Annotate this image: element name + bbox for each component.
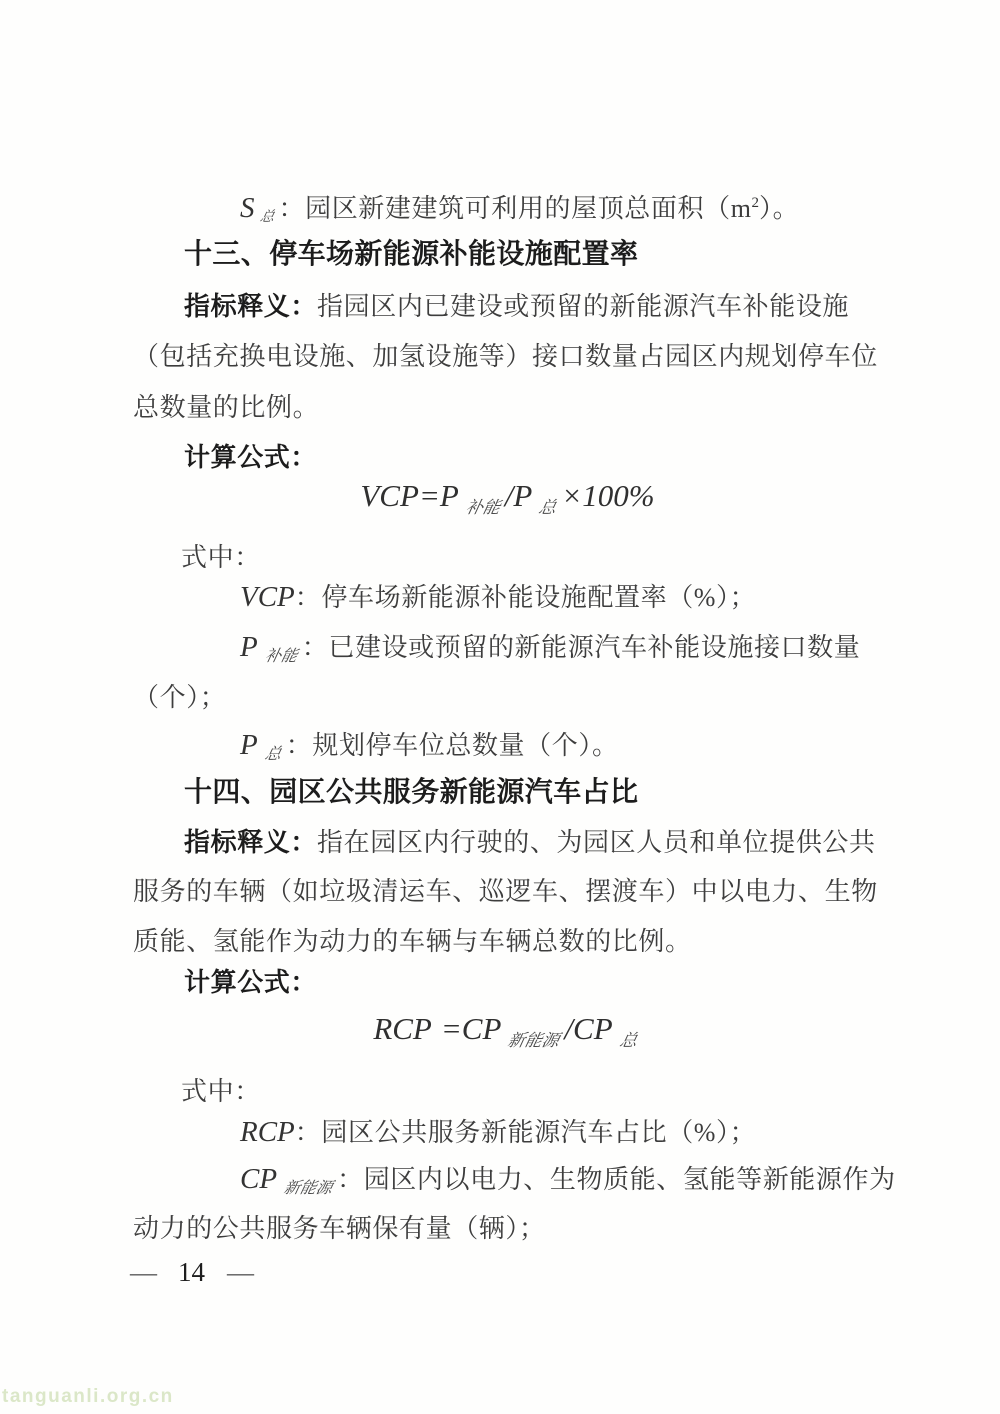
definition-text: 指园区内已建设或预留的新能源汽车补能设施 [317,292,849,321]
term-colon: ： [302,633,329,662]
section-14-where-label: 式中： [181,1071,261,1113]
term-variable-subscript: 补能 [260,636,301,678]
term-vcp-line: VCP：停车场新能源补能设施配置率（%）； [240,576,756,618]
term-text: 停车场新能源补能设施配置率（%）； [321,583,756,612]
section-14-formula: RCP=CP新能源/CP总 [133,1008,882,1050]
term-colon: ： [286,731,313,760]
formula-denominator: P [513,478,532,513]
square-meter-superscript: 2 [752,195,760,211]
footer-dash-right: — [227,1257,254,1287]
term-colon: ： [295,583,322,612]
term-variable: P [240,631,258,663]
term-variable: CP [240,1163,277,1195]
page-number: 14 [178,1257,205,1287]
section-14-definition-line-2: 服务的车辆（如垃圾清运车、巡逻车、摆渡车）中以电力、生物 [133,871,878,913]
term-variable: RCP [240,1116,295,1148]
term-text: 园区内以电力、生物质能、氢能等新能源作为 [364,1165,896,1194]
section-14-definition-line-1: 指标释义：指在园区内行驶的、为园区人员和单位提供公共 [184,821,876,863]
term-rcp-line: RCP：园区公共服务新能源汽车占比（%）； [240,1111,756,1153]
section-13-definition-line-1: 指标释义：指园区内已建设或预留的新能源汽车补能设施 [184,285,849,327]
term-colon: ： [337,1165,364,1194]
definition-label: 指标释义： [184,291,317,321]
section-14-definition-line-3: 质能、氢能作为动力的车辆与车辆总数的比例。 [133,921,692,963]
page-footer: —14— [130,1252,254,1292]
document-page: S总：园区新建建筑可利用的屋顶总面积（m2）。 十三、停车场新能源补能设施配置率… [0,0,1000,1414]
formula-denominator: CP [573,1011,613,1046]
section-13-formula: VCP=P补能/P总×100% [133,475,882,517]
term-text: 已建设或预留的新能源汽车补能设施接口数量 [328,633,860,662]
formula-lhs: VCP [360,478,419,513]
term-p-refuel-line-2: （个）； [133,677,226,719]
section-14-formula-label: 计算公式： [184,961,317,1003]
site-watermark: tanguanli.org.cn [2,1384,174,1410]
formula-equals: = [441,1011,462,1046]
term-variable: P [240,729,258,761]
term-p-refuel-line-1: P补能：已建设或预留的新能源汽车补能设施接口数量 [240,626,860,668]
formula-numerator: P [440,478,459,513]
term-variable: VCP [240,581,295,613]
term-cp-new-line-2: 动力的公共服务车辆保有量（辆）； [133,1208,546,1250]
section-13-heading: 十三、停车场新能源补能设施配置率 [184,233,638,275]
definition-label: 指标释义： [184,827,317,857]
section-13-where-label: 式中： [181,537,261,579]
s-total-definition-line: S总：园区新建建筑可利用的屋顶总面积（m2）。 [240,182,799,224]
formula-denominator-subscript: 总 [615,1020,641,1062]
s-colon: ： [279,194,306,223]
section-13-definition-line-3: 总数量的比例。 [133,387,319,429]
formula-numerator-subscript: 新能源 [504,1020,564,1062]
formula-numerator: CP [462,1011,502,1046]
formula-equals: = [419,478,440,513]
s-variable: S [240,192,255,224]
term-p-total-line: P总：规划停车位总数量（个）。 [240,724,619,766]
section-13-definition-line-2: （包括充换电设施、加氢设施等）接口数量占园区内规划停车位 [133,336,878,378]
formula-tail: ×100% [561,478,654,513]
term-text: 规划停车位总数量（个）。 [312,731,618,760]
footer-dash-left: — [130,1257,157,1287]
definition-text: 指在园区内行驶的、为园区人员和单位提供公共 [317,828,876,857]
formula-denominator-subscript: 总 [535,487,561,529]
section-14-heading: 十四、园区公共服务新能源汽车占比 [184,771,638,813]
term-variable-subscript: 新能源 [280,1168,337,1210]
term-text: 园区公共服务新能源汽车占比（%）； [321,1118,756,1147]
s-definition-tail: ）。 [759,194,799,223]
formula-slash: / [564,1011,573,1046]
term-variable-subscript: 总 [260,734,285,776]
section-13-formula-label: 计算公式： [184,436,317,478]
formula-lhs: RCP [373,1011,432,1046]
s-definition-text: 园区新建建筑可利用的屋顶总面积（m [305,194,751,223]
term-colon: ： [295,1118,322,1147]
formula-numerator-subscript: 补能 [461,487,504,529]
term-cp-new-line-1: CP新能源：园区内以电力、生物质能、氢能等新能源作为 [240,1158,896,1200]
